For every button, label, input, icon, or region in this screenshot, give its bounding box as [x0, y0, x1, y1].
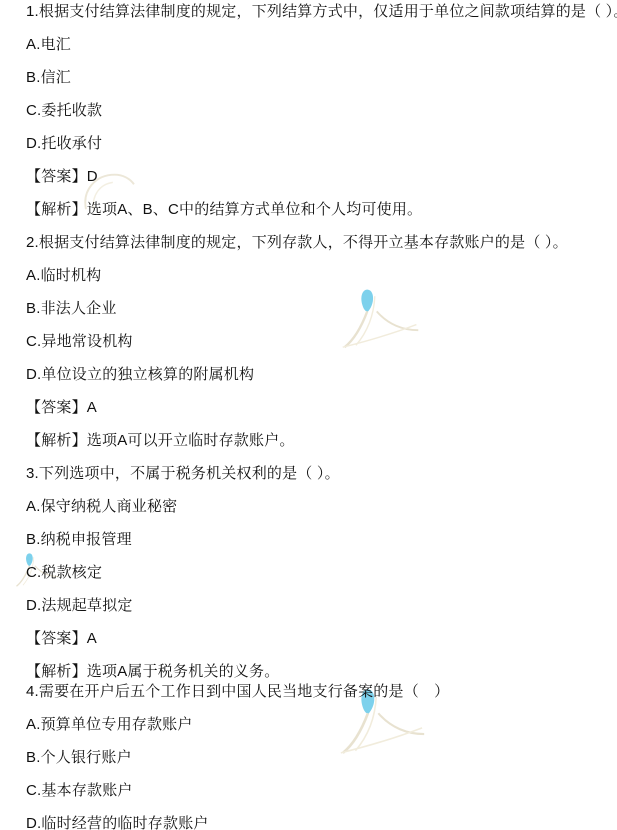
- question-2-analysis: 【解析】选项A可以开立临时存款账户。: [26, 432, 609, 450]
- question-1-option-a: A.电汇: [26, 36, 609, 54]
- question-2-stem: 2.根据支付结算法律制度的规定，下列存款人，不得开立基本存款账户的是（ ）。: [26, 234, 609, 252]
- question-1-analysis: 【解析】选项A、B、C中的结算方式单位和个人均可使用。: [26, 201, 609, 219]
- question-2-answer: 【答案】A: [26, 399, 609, 417]
- question-2-option-a: A.临时机构: [26, 267, 609, 285]
- question-1-option-b: B.信汇: [26, 69, 609, 87]
- question-4-option-a: A.预算单位专用存款账户: [26, 716, 609, 734]
- question-2-option-d: D.单位设立的独立核算的附属机构: [26, 366, 609, 384]
- question-2-option-c: C.异地常设机构: [26, 333, 609, 351]
- question-4-option-d: D.临时经营的临时存款账户: [26, 815, 609, 830]
- question-1-answer: 【答案】D: [26, 168, 609, 186]
- question-3-option-d: D.法规起草拟定: [26, 597, 609, 615]
- question-4-option-c: C.基本存款账户: [26, 782, 609, 800]
- question-3-option-a: A.保守纳税人商业秘密: [26, 498, 609, 516]
- question-4-stem: 4.需要在开户后五个工作日到中国人民当地支行备案的是（ ）: [26, 683, 609, 701]
- question-3-analysis: 【解析】选项A属于税务机关的义务。: [26, 663, 609, 681]
- question-2-option-b: B.非法人企业: [26, 300, 609, 318]
- question-3-answer: 【答案】A: [26, 630, 609, 648]
- question-4-option-b: B.个人银行账户: [26, 749, 609, 767]
- question-1-option-c: C.委托收款: [26, 102, 609, 120]
- exam-document-page: 1.根据支付结算法律制度的规定，下列结算方式中，仅适用于单位之间款项结算的是（ …: [0, 0, 617, 830]
- questions-list: 1.根据支付结算法律制度的规定，下列结算方式中，仅适用于单位之间款项结算的是（ …: [0, 0, 617, 830]
- question-3-stem: 3.下列选项中，不属于税务机关权利的是（ ）。: [26, 465, 609, 483]
- question-3-option-b: B.纳税申报管理: [26, 531, 609, 549]
- question-1-stem: 1.根据支付结算法律制度的规定，下列结算方式中，仅适用于单位之间款项结算的是（ …: [26, 3, 609, 21]
- question-3-option-c: C.税款核定: [26, 564, 609, 582]
- question-1-option-d: D.托收承付: [26, 135, 609, 153]
